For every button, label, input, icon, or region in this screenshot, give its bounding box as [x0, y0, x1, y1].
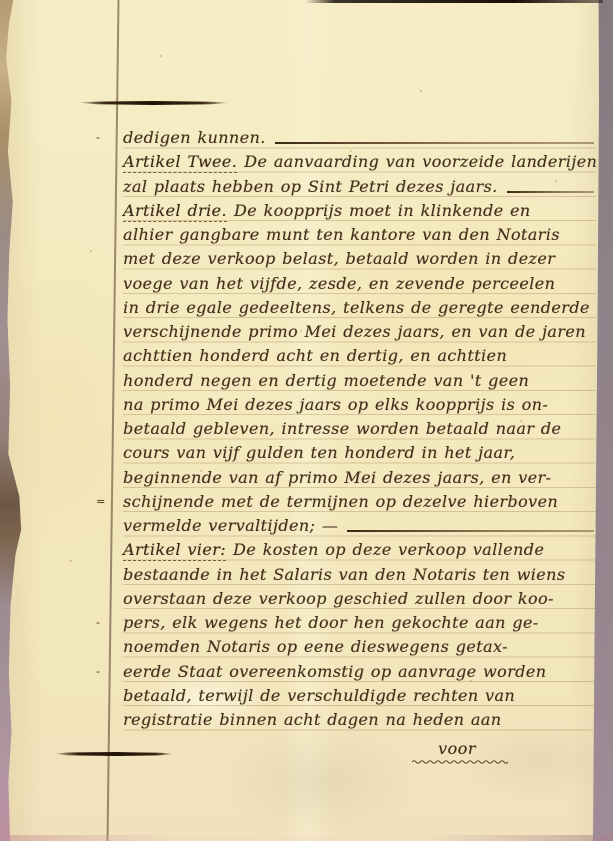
line-text: betaald gebleven, intresse worden betaal…	[123, 419, 561, 438]
article-heading: Artikel Twee.	[123, 152, 237, 173]
line-text: vermelde vervaltijden; —	[123, 516, 338, 535]
line-text: De aanvaarding van voorzeide landerijen	[244, 152, 597, 171]
margin-mark: -	[96, 131, 100, 144]
scan-top-edge	[305, 0, 603, 3]
ink-stroke-top	[78, 101, 229, 105]
manuscript-line: cours van vijf gulden ten honderd in het…	[123, 443, 596, 467]
line-text: De koopprijs moet in klinkende en	[234, 201, 531, 220]
line-text: verschijnende primo Mei dezes jaars, en …	[123, 322, 586, 341]
line-text: in drie egale gedeeltens, telkens de ger…	[123, 298, 590, 317]
manuscript-line: achttien honderd acht en dertig, en acht…	[123, 346, 596, 370]
manuscript-line: verschijnende primo Mei dezes jaars, en …	[123, 322, 596, 346]
filler-rule	[507, 191, 594, 193]
margin-mark: -	[96, 665, 100, 678]
line-text: bestaande in het Salaris van den Notaris…	[123, 565, 565, 584]
line-text: honderd negen en dertig moetende van 't …	[123, 371, 529, 390]
filler-rule	[347, 530, 594, 532]
catchword-underline	[412, 758, 508, 766]
line-text: met deze verkoop belast, betaald worden …	[123, 249, 555, 268]
line-text: voege van het vijfde, zesde, en zevende …	[123, 274, 555, 293]
manuscript-line: -dedigen kunnen.	[123, 128, 596, 152]
manuscript-line: beginnende van af primo Mei dezes jaars,…	[123, 468, 596, 492]
manuscript-line: -pers, elk wegens het door hen gekochte …	[123, 613, 596, 637]
article-heading: Artikel drie.	[123, 201, 227, 222]
text-block: -dedigen kunnen.Artikel Twee.De aanvaard…	[123, 128, 596, 734]
line-text: alhier gangbare munt ten kantore van den…	[123, 225, 560, 244]
line-text: na primo Mei dezes jaars op elks kooppri…	[123, 395, 548, 414]
manuscript-line: registratie binnen acht dagen na heden a…	[123, 710, 596, 734]
page-right-edge	[593, 0, 613, 841]
line-text: zal plaats hebben op Sint Petri dezes ja…	[123, 177, 498, 196]
article-heading: Artikel vier:	[123, 540, 226, 561]
manuscript-line: na primo Mei dezes jaars op elks kooppri…	[123, 395, 596, 419]
line-text: cours van vijf gulden ten honderd in het…	[123, 443, 515, 462]
margin-mark: =	[96, 495, 106, 508]
line-text: registratie binnen acht dagen na heden a…	[123, 710, 501, 729]
manuscript-line: bestaande in het Salaris van den Notaris…	[123, 565, 596, 589]
manuscript-line: Artikel vier:De kosten op deze verkoop v…	[123, 540, 596, 564]
line-text: dedigen kunnen.	[123, 128, 266, 147]
manuscript-line: vermelde vervaltijden; —	[123, 516, 596, 540]
manuscript-line: betaald, terwijl de verschuldigde rechte…	[123, 686, 596, 710]
line-text: betaald, terwijl de verschuldigde rechte…	[123, 686, 515, 705]
line-text: eerde Staat overeenkomstig op aanvrage w…	[123, 662, 546, 681]
catchword: voor	[438, 739, 476, 758]
manuscript-line: in drie egale gedeeltens, telkens de ger…	[123, 298, 596, 322]
margin-rule-line	[106, 0, 119, 841]
manuscript-line: -eerde Staat overeenkomstig op aanvrage …	[123, 662, 596, 686]
manuscript-line: honderd negen en dertig moetende van 't …	[123, 371, 596, 395]
manuscript-page: -dedigen kunnen.Artikel Twee.De aanvaard…	[0, 0, 613, 841]
line-text: beginnende van af primo Mei dezes jaars,…	[123, 468, 551, 487]
manuscript-line: voege van het vijfde, zesde, en zevende …	[123, 274, 596, 298]
line-text: achttien honderd acht en dertig, en acht…	[123, 346, 507, 365]
line-text: De kosten op deze verkoop vallende	[233, 540, 544, 559]
manuscript-line: =schijnende met de termijnen op dezelve …	[123, 492, 596, 516]
torn-left-edge	[0, 0, 22, 841]
manuscript-line: betaald gebleven, intresse worden betaal…	[123, 419, 596, 443]
scan-bottom-edge	[0, 835, 613, 841]
line-text: pers, elk wegens het door hen gekochte a…	[123, 613, 539, 632]
manuscript-line: Artikel drie.De koopprijs moet in klinke…	[123, 201, 596, 225]
manuscript-line: Artikel Twee.De aanvaarding van voorzeid…	[123, 152, 596, 176]
manuscript-line: met deze verkoop belast, betaald worden …	[123, 249, 596, 273]
manuscript-line: overstaan deze verkoop geschied zullen d…	[123, 589, 596, 613]
line-text: noemden Notaris op eene dieswegens getax…	[123, 637, 508, 656]
margin-mark: -	[96, 616, 100, 629]
line-text: schijnende met de termijnen op dezelve h…	[123, 492, 558, 511]
ink-stroke-bottom	[55, 752, 173, 756]
line-text: overstaan deze verkoop geschied zullen d…	[123, 589, 554, 608]
filler-rule	[275, 142, 594, 144]
manuscript-line: zal plaats hebben op Sint Petri dezes ja…	[123, 177, 596, 201]
manuscript-line: noemden Notaris op eene dieswegens getax…	[123, 637, 596, 661]
manuscript-line: alhier gangbare munt ten kantore van den…	[123, 225, 596, 249]
